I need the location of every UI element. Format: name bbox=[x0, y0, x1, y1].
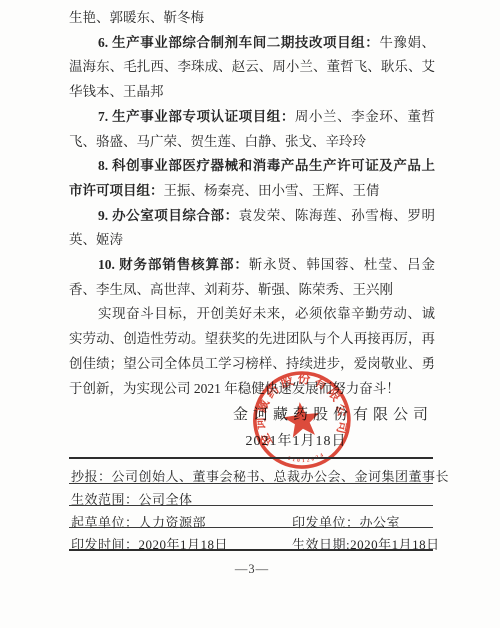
footer-rule-2 bbox=[69, 505, 433, 506]
footer-bottom-rule bbox=[69, 549, 433, 551]
project-item-8: 8. 科创事业部医疗器械和消毒产品生产许可证及产品上市许可项目组：王振、杨秦亮、… bbox=[69, 154, 435, 203]
footer-top-divider bbox=[69, 457, 433, 459]
seal-star-icon bbox=[282, 400, 322, 439]
item-10-title: 10. 财务部销售核算部： bbox=[98, 257, 249, 272]
item-7-title: 7. 生产事业部专项认证项目组： bbox=[98, 109, 295, 124]
project-item-6: 6. 生产事业部综合制剂车间二期技改项目组：牛豫娟、温海东、毛扎西、李珠成、赵云… bbox=[69, 31, 435, 105]
footer-row-effective-scope: 生效范围：公司全体 bbox=[71, 489, 433, 505]
item-6-title: 6. 生产事业部综合制剂车间二期技改项目组： bbox=[98, 35, 379, 50]
footer-row-drafting-issuing-unit: 起草单位：人力资源部 印发单位：办公室 bbox=[71, 512, 433, 528]
item-9-title: 9. 办公室项目综合部： bbox=[98, 208, 239, 223]
page-number: —3— bbox=[69, 562, 435, 577]
footer-rule-3 bbox=[69, 527, 433, 528]
footer-row-copy-report: 抄报：公司创始人、董事会秘书、总裁办公会、金诃集团董事长 bbox=[71, 466, 433, 482]
project-item-10: 10. 财务部销售核算部：靳永贤、韩国蓉、杜莹、吕金香、李生凤、高世萍、刘莉芬、… bbox=[69, 253, 435, 302]
document-body: 生艳、郭暖东、靳冬梅 6. 生产事业部综合制剂车间二期技改项目组：牛豫娟、温海东… bbox=[69, 6, 435, 401]
project-item-9: 9. 办公室项目综合部：袁发荣、陈海莲、孙雪梅、罗明英、姬涛 bbox=[69, 204, 435, 253]
footer-rule-1 bbox=[69, 483, 433, 484]
item-8-names: 王振、杨秦亮、田小雪、王辉、王倩 bbox=[164, 183, 380, 198]
copy-report-value: 公司创始人、董事会秘书、总裁办公会、金诃集团董事长 bbox=[112, 469, 450, 484]
project-item-7: 7. 生产事业部专项认证项目组：周小兰、李金环、董哲飞、骆盛、马广荣、贺生莲、白… bbox=[69, 105, 435, 154]
names-continuation-line: 生艳、郭暖东、靳冬梅 bbox=[69, 6, 435, 31]
footer-row-print-effective-date: 印发时间：2020年1月18日 生效日期:2020年1月18日 bbox=[71, 534, 433, 550]
copy-report-label: 抄报： bbox=[71, 469, 112, 484]
scanned-document-page: 生艳、郭暖东、靳冬梅 6. 生产事业部综合制剂车间二期技改项目组：牛豫娟、温海东… bbox=[0, 0, 500, 628]
